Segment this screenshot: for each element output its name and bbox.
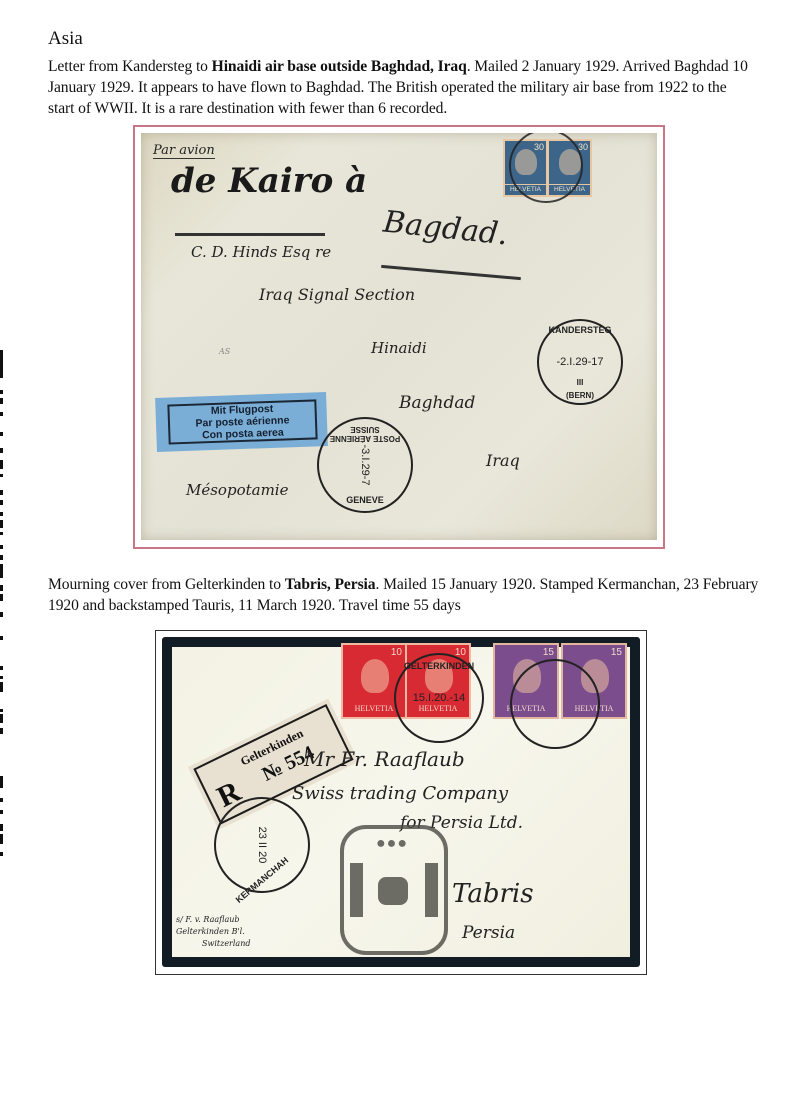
handwriting-address-line4: Baghdad <box>399 393 475 413</box>
handwriting-line5: Persia <box>462 923 515 943</box>
handwriting-par-avion: Par avion <box>153 143 215 159</box>
handwriting-address-line3: Hinaidi <box>371 339 427 357</box>
section-heading: Asia <box>48 28 83 50</box>
envelope-paper: 10HELVETIA 10HELVETIA 15HELVETIA 15HELVE… <box>172 647 630 957</box>
item1-text-pre: Letter from Kandersteg to <box>48 58 212 75</box>
mourning-envelope: 10HELVETIA 10HELVETIA 15HELVETIA 15HELVE… <box>162 637 640 967</box>
handwriting-line4: Tabris <box>452 879 534 909</box>
cover-image-persia: 10HELVETIA 10HELVETIA 15HELVETIA 15HELVE… <box>155 630 647 975</box>
scanner-edge-marks <box>0 350 3 1030</box>
cover-image-iraq: Par avion de Kairo à Bagdad. C. D. Hinds… <box>133 125 665 549</box>
handwriting-line1: Mr Fr. Raaflaub <box>304 747 465 771</box>
item1-destination: Hinaidi air base outside Baghdad, Iraq <box>212 58 467 75</box>
handwriting-address-line6: Mésopotamie <box>186 481 288 499</box>
item2-text-pre: Mourning cover from Gelterkinden to <box>48 576 285 593</box>
envelope-iraq: Par avion de Kairo à Bagdad. C. D. Hinds… <box>141 133 657 540</box>
handwriting-line2: Swiss trading Company <box>292 783 508 804</box>
handwriting-route-destination: Bagdad. <box>382 205 510 253</box>
persian-cachet: ●●● <box>340 825 448 955</box>
sender-line1: s/ F. v. Raaflaub <box>176 915 240 924</box>
sender-line3: Switzerland <box>202 939 250 948</box>
handwriting-address-line5: Iraq <box>486 451 520 470</box>
postmark-gelterkinden-2 <box>510 659 600 749</box>
item1-description: Letter from Kandersteg to Hinaidi air ba… <box>48 56 748 119</box>
handwriting-route: de Kairo à <box>171 161 367 201</box>
underline <box>175 233 325 236</box>
postmark-kermanchah: KERMANCHAH 23 II 20 <box>214 797 310 893</box>
handwriting-addressee: C. D. Hinds Esq re <box>191 243 331 261</box>
pencil-note: AS <box>219 347 230 356</box>
sender-line2: Gelterkinden B'l. <box>176 927 245 936</box>
underline <box>381 265 521 280</box>
item2-description: Mourning cover from Gelterkinden to Tabr… <box>48 574 768 616</box>
airmail-label: Mit Flugpost Par poste aérienne Con post… <box>155 392 328 452</box>
handwriting-address-line2: Iraq Signal Section <box>259 285 415 304</box>
postmark-gelterkinden: GELTERKINDEN 15.I.20.-14 <box>394 653 484 743</box>
postmark-geneve: POSTE AÉRIENNE SUISSE -3.I.29-7 GENEVE <box>317 417 413 513</box>
postmark-kandersteg: KANDERSTEG -2.I.29-17 III (BERN) <box>537 319 623 405</box>
item2-destination: Tabris, Persia <box>285 576 376 593</box>
